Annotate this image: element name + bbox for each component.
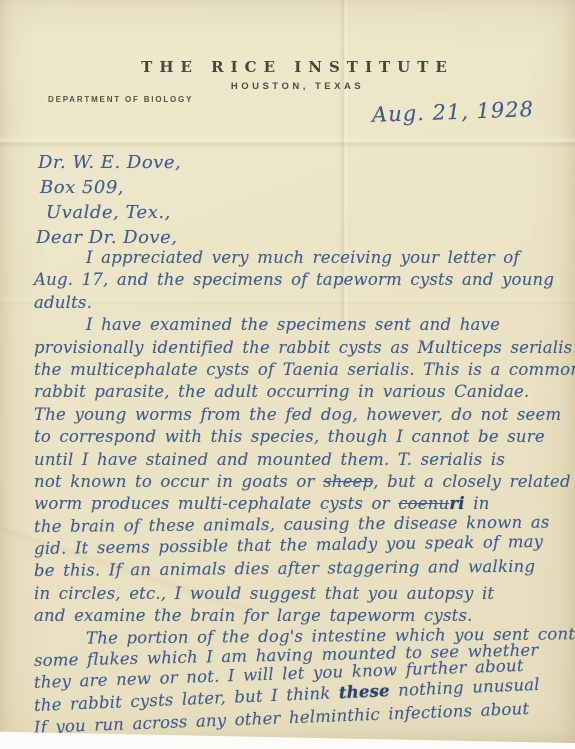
institution-location: HOUSTON, TEXAS (20, 81, 575, 92)
handwritten-line: be this. If an animals dies after stagge… (34, 556, 575, 583)
line-text: I appreciated very much receiving your l… (86, 248, 520, 267)
line-text: The young worms from the fed dog, howeve… (34, 405, 561, 424)
department-name: DEPARTMENT OF BIOLOGY (48, 95, 193, 104)
handwritten-line: in circles, etc., I would suggest that y… (34, 583, 575, 605)
handwritten-line: The young worms from the fed dog, howeve… (34, 404, 575, 426)
corrected-word: sheep (323, 472, 373, 491)
line-text: to correspond with this species, though … (34, 427, 545, 446)
letter-body: I appreciated very much receiving your l… (34, 247, 575, 740)
handwritten-line: adults. (34, 292, 575, 314)
handwritten-line: until I have stained and mounted them. T… (34, 449, 575, 471)
handwritten-line: the multicephalate cysts of Taenia seria… (34, 359, 575, 381)
recipient-box: Box 509, (38, 175, 181, 200)
handwritten-line: to correspond with this species, though … (34, 426, 575, 448)
line-text: Aug. 17, and the specimens of tapeworm c… (34, 270, 554, 289)
recipient-name: Dr. W. E. Dove, (38, 150, 181, 175)
line-text: nothing unusual (389, 675, 540, 700)
recipient-address: Dr. W. E. Dove, Box 509, Uvalde, Tex., (38, 150, 181, 225)
line-text: adults. (34, 293, 92, 312)
line-text: provisionally identified the rabbit cyst… (34, 338, 572, 357)
handwritten-line: I appreciated very much receiving your l… (34, 247, 575, 269)
recipient-city: Uvalde, Tex., (38, 200, 181, 225)
line-text: the multicephalate cysts of Taenia seria… (34, 360, 575, 379)
line-text: in (465, 494, 490, 513)
handwritten-line: Aug. 17, and the specimens of tapeworm c… (34, 269, 575, 291)
line-text: and examine the brain for large tapeworm… (34, 606, 473, 625)
line-text: in circles, etc., I would suggest that y… (34, 584, 494, 603)
horizontal-fold-crease (0, 136, 575, 148)
line-text: , but a closely related (373, 472, 571, 491)
line-text: until I have stained and mounted them. T… (34, 450, 505, 469)
handwritten-line: I have examined the specimens sent and h… (34, 314, 575, 336)
line-text: be this. If an animals dies after stagge… (34, 557, 535, 580)
institution-name: THE RICE INSTITUTE (20, 58, 575, 76)
line-text: rabbit parasite, the adult occurring in … (34, 382, 529, 401)
line-text: I have examined the specimens sent and h… (86, 315, 500, 334)
corrected-word: coenu (398, 494, 449, 513)
handwritten-line: provisionally identified the rabbit cyst… (34, 337, 575, 359)
letterhead: THE RICE INSTITUTE HOUSTON, TEXAS (20, 58, 575, 92)
letter-paper: THE RICE INSTITUTE HOUSTON, TEXAS DEPART… (0, 0, 575, 749)
corrected-word: these (338, 681, 390, 702)
scanned-letter-page: THE RICE INSTITUTE HOUSTON, TEXAS DEPART… (0, 0, 575, 749)
line-text: not known to occur in goats or (34, 472, 323, 491)
line-text: worm produces multi-cephalate cysts or (34, 494, 398, 513)
handwritten-line: not known to occur in goats or sheep, bu… (34, 471, 575, 493)
handwritten-line: rabbit parasite, the adult occurring in … (34, 381, 575, 403)
salutation: Dear Dr. Dove, (36, 227, 177, 248)
corrected-word: ri (449, 494, 464, 513)
handwritten-date: Aug. 21, 1928 (372, 97, 535, 127)
